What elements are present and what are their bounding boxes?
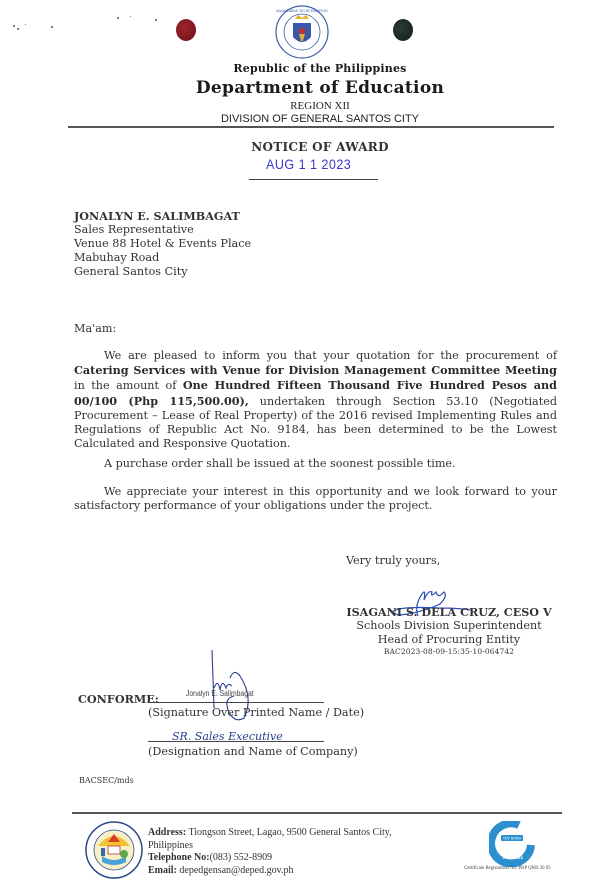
punch-hole xyxy=(393,19,413,41)
header-divider xyxy=(68,126,554,128)
body-paragraph-purchase-order: A purchase order shall be issued at the … xyxy=(74,457,557,471)
footer-contact: Address: Tiongson Street, Lagao, 9500 Ge… xyxy=(148,827,392,877)
conforme-label: CONFORME: xyxy=(78,692,159,706)
designation-caption: (Designation and Name of Company) xyxy=(148,745,358,758)
footer-address-country: Philippines xyxy=(148,840,392,853)
iso-9001-certification-icon: TÜV NORD ISO 9001 xyxy=(489,821,535,867)
reference-initials: BACSEC/mds xyxy=(79,776,134,785)
date-stamp: AUG 1 1 2023 xyxy=(266,156,351,172)
division-heading: DIVISION OF GENERAL SANTOS CITY xyxy=(0,113,614,125)
svg-text:KAGAWARAN NG EDUKASYON: KAGAWARAN NG EDUKASYON xyxy=(276,9,328,13)
deped-seal-icon: KAGAWARAN NG EDUKASYON xyxy=(275,5,329,59)
addressee-block: JONALYN E. SALIMBAGAT Sales Representati… xyxy=(74,209,251,279)
designation-handwriting: SR. Sales Executive xyxy=(172,726,332,746)
signer-block: ISAGANI S. DELA CRUZ, CESO V Schools Div… xyxy=(334,605,564,657)
body-paragraph-appreciation: We appreciate your interest in this oppo… xyxy=(74,485,557,513)
addressee-name: JONALYN E. SALIMBAGAT xyxy=(74,209,251,223)
svg-text:ISO 9001: ISO 9001 xyxy=(503,855,524,860)
scan-speck xyxy=(13,25,15,27)
document-control-code: BAC2023-08-09-15:35-10-064742 xyxy=(334,646,564,657)
scan-speck xyxy=(51,26,53,28)
footer-telephone: Telephone No:(083) 552-8909 xyxy=(148,852,392,865)
paragraph-text: in the amount of xyxy=(74,379,183,392)
project-name: Catering Services with Venue for Divisio… xyxy=(74,363,557,377)
telephone-label: Telephone No: xyxy=(148,852,210,863)
designation-line xyxy=(148,741,324,742)
addressee-street: Mabuhay Road xyxy=(74,251,251,265)
email-link[interactable]: depedgensan@deped.gov.ph xyxy=(177,865,294,876)
footer-address: Address: Tiongson Street, Lagao, 9500 Ge… xyxy=(148,827,392,840)
body-paragraph-award: We are pleased to inform you that your q… xyxy=(74,349,557,451)
email-label: Email: xyxy=(148,865,177,876)
scan-speck xyxy=(155,19,157,21)
closing: Very truly yours, xyxy=(346,554,440,567)
department-heading: Department of Education xyxy=(0,78,614,98)
addressee-company: Venue 88 Hotel & Events Place xyxy=(74,237,251,251)
footer-email: Email: depedgensan@deped.gov.ph xyxy=(148,865,392,878)
signer-name: ISAGANI S. DELA CRUZ, CESO V xyxy=(334,605,564,619)
scan-speck xyxy=(17,28,19,30)
scan-speck xyxy=(25,24,26,25)
paragraph-text: We are pleased to inform you that your q… xyxy=(104,349,557,362)
scan-speck xyxy=(117,17,119,19)
svg-text:TÜV NORD: TÜV NORD xyxy=(502,836,522,841)
punch-hole xyxy=(176,19,196,41)
scan-speck xyxy=(130,16,131,17)
division-gensan-logo-icon xyxy=(84,820,144,880)
salutation: Ma'am: xyxy=(74,322,116,335)
republic-heading: Republic of the Philippines xyxy=(0,62,614,75)
addressee-position: Sales Representative xyxy=(74,223,251,237)
date-underline xyxy=(249,179,378,180)
addressee-city: General Santos City xyxy=(74,265,251,279)
document-title: NOTICE OF AWARD xyxy=(0,140,614,154)
conforme-signature xyxy=(204,648,274,728)
certificate-registration: Certificate Registration No. PHP QMS 20 … xyxy=(464,866,551,871)
address-label: Address: xyxy=(148,827,186,838)
address-value: Tiongson Street, Lagao, 9500 General San… xyxy=(186,827,391,838)
region-heading: REGION XII xyxy=(0,100,614,112)
footer-divider xyxy=(72,812,562,814)
signer-role: Head of Procuring Entity xyxy=(334,633,564,647)
signer-title: Schools Division Superintendent xyxy=(334,619,564,633)
telephone-value: (083) 552-8909 xyxy=(210,852,273,863)
